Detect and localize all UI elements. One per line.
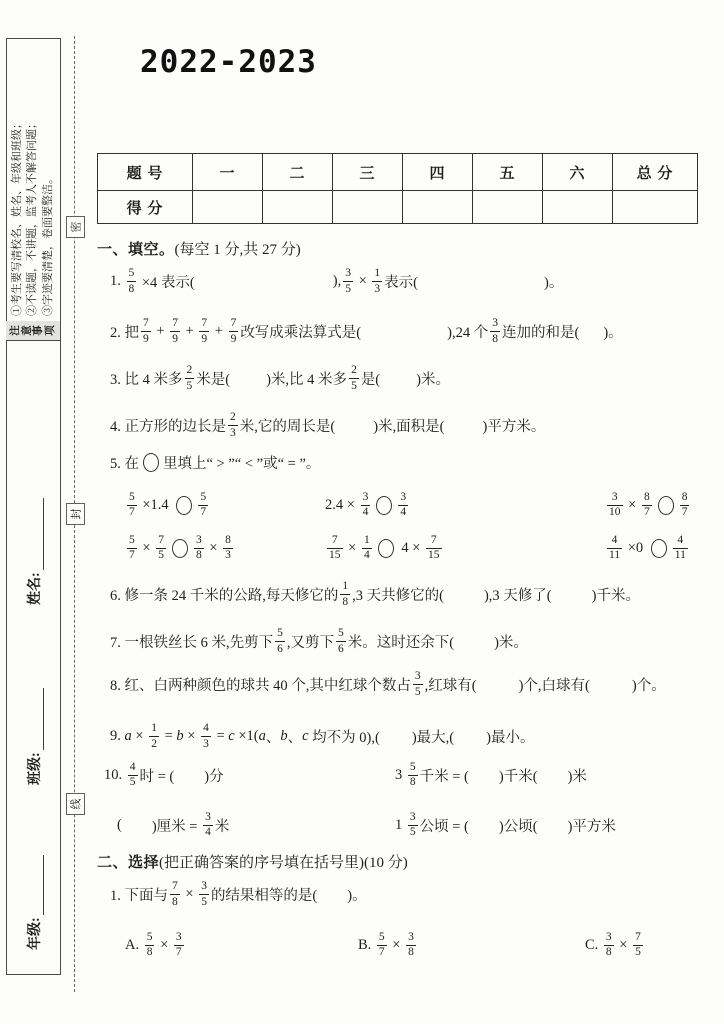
fraction: 411 bbox=[607, 535, 622, 562]
denominator: 8 bbox=[170, 894, 180, 908]
name-field: 姓名: bbox=[24, 498, 44, 605]
fraction: 35 bbox=[199, 881, 209, 908]
choice-options-row: A. 58 × 37 B. 57 × 38 C. 38 × 75 bbox=[97, 928, 712, 962]
text-segment: )千米。 bbox=[592, 584, 640, 605]
denominator: 7 bbox=[642, 505, 652, 519]
fill-question-10-row-1: 10. 45时 = ()分 3 58千米 = ()千米()米 bbox=[104, 758, 719, 792]
fraction: 12 bbox=[149, 723, 159, 750]
numerator: 8 bbox=[223, 535, 233, 548]
fraction: 56 bbox=[275, 628, 285, 655]
text-segment: = bbox=[213, 728, 228, 745]
fraction: 79 bbox=[229, 318, 239, 345]
numerator: 5 bbox=[377, 932, 387, 945]
text-segment: ),24 个 bbox=[447, 321, 488, 342]
denominator: 5 bbox=[413, 684, 423, 698]
notice-box: 注意事项 ①考生要写清校名、姓名、年级和班级； ②不读题，不讲题，监考人不解答问… bbox=[6, 39, 60, 341]
fraction: 23 bbox=[228, 412, 238, 439]
fraction: 25 bbox=[185, 365, 195, 392]
score-table-header-cell: 三 bbox=[333, 154, 403, 191]
numerator: 8 bbox=[680, 492, 690, 505]
numerator: 8 bbox=[642, 492, 652, 505]
numerator: 5 bbox=[145, 932, 155, 945]
grade-label: 年级: bbox=[24, 917, 44, 950]
fraction: 87 bbox=[680, 492, 690, 519]
notice-title: 注意事项 bbox=[6, 321, 60, 340]
numerator: 5 bbox=[127, 268, 137, 281]
answer-blank bbox=[454, 641, 494, 642]
text-segment: 千米 = ( bbox=[420, 765, 469, 786]
score-table-header-cell: 四 bbox=[403, 154, 473, 191]
seal-char-mi: 密 bbox=[66, 216, 85, 238]
grade-field: 年级: bbox=[24, 855, 44, 950]
fraction: 411 bbox=[673, 535, 688, 562]
text-segment: ×1.4 bbox=[139, 497, 173, 514]
question-10-cell: 1 35公顷 = ()公顷()平方米 bbox=[395, 808, 616, 842]
denominator: 7 bbox=[127, 548, 137, 562]
fraction: 57 bbox=[127, 492, 137, 519]
text-segment: 、 bbox=[266, 726, 281, 747]
fraction: 37 bbox=[174, 932, 184, 959]
numerator: 3 bbox=[610, 492, 620, 505]
seal-char-feng-text: 封 bbox=[68, 509, 84, 520]
name-label: 姓名: bbox=[24, 572, 44, 605]
text-segment: )米,面积是( bbox=[373, 415, 444, 436]
denominator: 6 bbox=[275, 641, 285, 655]
score-empty-cell bbox=[263, 191, 333, 224]
numerator: 7 bbox=[429, 535, 439, 548]
text-segment: × bbox=[355, 273, 370, 290]
comparison-circle bbox=[658, 496, 674, 515]
denominator: 8 bbox=[490, 331, 500, 345]
denominator: 15 bbox=[426, 548, 442, 562]
answer-blank bbox=[317, 894, 347, 895]
comparison-circle bbox=[176, 496, 192, 515]
text-segment: )。 bbox=[603, 321, 622, 342]
variable: b bbox=[176, 728, 183, 745]
numerator: 7 bbox=[156, 535, 166, 548]
answer-blank bbox=[335, 425, 373, 426]
text-segment: 公顷 = ( bbox=[420, 815, 469, 836]
question-10-cell: 10. 45时 = ()分 bbox=[104, 758, 224, 792]
notice-line-3: ③字迹要清楚，卷面要整洁。 bbox=[41, 39, 57, 316]
numerator: 7 bbox=[141, 318, 151, 331]
denominator: 7 bbox=[174, 945, 184, 959]
denominator: 7 bbox=[680, 505, 690, 519]
fraction: 715 bbox=[426, 535, 442, 562]
text-segment: 的结果相等的是( bbox=[211, 884, 317, 905]
answer-blank bbox=[361, 331, 447, 332]
text-segment: )米,比 4 米多 bbox=[266, 368, 347, 389]
denominator: 2 bbox=[149, 736, 159, 750]
fraction: 310 bbox=[607, 492, 623, 519]
denominator: 9 bbox=[170, 331, 180, 345]
fraction: 34 bbox=[398, 492, 408, 519]
fill-question-5: 5. 在里填上“ > ”“ < ”或“ = ”。 bbox=[110, 452, 320, 473]
numerator: 3 bbox=[174, 932, 184, 945]
denominator: 4 bbox=[361, 505, 371, 519]
denominator: 11 bbox=[607, 548, 622, 562]
text-segment: )个,白球有( bbox=[519, 674, 590, 695]
score-table-score-row: 得 分 bbox=[98, 191, 698, 224]
text-segment: )千米( bbox=[499, 765, 538, 786]
fraction: 78 bbox=[170, 881, 180, 908]
denominator: 3 bbox=[201, 736, 211, 750]
answer-blank bbox=[538, 825, 568, 826]
fraction: 715 bbox=[327, 535, 343, 562]
answer-blank bbox=[477, 684, 519, 685]
notice-line-1: ①考生要写清校名、姓名、年级和班级； bbox=[10, 39, 26, 316]
answer-blank bbox=[380, 378, 416, 379]
text-segment: )平方米。 bbox=[483, 415, 546, 436]
numerator: 3 bbox=[604, 932, 614, 945]
text-segment: )米。 bbox=[416, 368, 450, 389]
grade-blank-line bbox=[30, 855, 44, 915]
comparison-cell: 57 ×1.4 57 bbox=[125, 488, 210, 522]
page-title: 2022-2023 bbox=[140, 44, 317, 80]
denominator: 5 bbox=[343, 281, 353, 295]
fraction: 58 bbox=[145, 932, 155, 959]
numerator: 7 bbox=[330, 535, 340, 548]
numerator: 3 bbox=[413, 671, 423, 684]
fraction: 38 bbox=[194, 535, 204, 562]
section2-title: 二、选择 bbox=[97, 855, 159, 871]
denominator: 9 bbox=[229, 331, 239, 345]
denominator: 7 bbox=[377, 945, 387, 959]
text-segment: + bbox=[153, 323, 168, 340]
text-segment: )厘米 = bbox=[152, 815, 201, 836]
score-table-header-cell: 一 bbox=[193, 154, 263, 191]
numerator: 5 bbox=[336, 628, 346, 641]
student-info-rotated-content: 年级: 班级: 姓名: 注意事项 ①考生要写清校名、姓名、年级和班级； ②不读题… bbox=[6, 38, 61, 975]
text-segment: 1 bbox=[395, 817, 406, 834]
numerator: 3 bbox=[203, 812, 213, 825]
score-empty-cell bbox=[333, 191, 403, 224]
text-segment: 时 = ( bbox=[140, 765, 175, 786]
answer-blank bbox=[469, 825, 499, 826]
fraction: 35 bbox=[343, 268, 353, 295]
text-segment: ×1( bbox=[235, 728, 259, 745]
fraction: 43 bbox=[201, 723, 211, 750]
answer-blank bbox=[174, 775, 204, 776]
text-segment: 改写成乘法算式是( bbox=[240, 321, 361, 342]
numerator: 2 bbox=[228, 412, 238, 425]
text-segment: 1. bbox=[110, 273, 125, 290]
text-segment: 表示( bbox=[384, 271, 418, 292]
denominator: 5 bbox=[633, 945, 643, 959]
text-segment: × bbox=[156, 937, 171, 954]
answer-blank bbox=[469, 775, 499, 776]
answer-blank bbox=[444, 594, 484, 595]
text-segment: )个。 bbox=[632, 674, 666, 695]
fill-question-8: 8. 红、白两种颜色的球共 40 个,其中红球个数占35,红球有()个,白球有(… bbox=[110, 671, 666, 698]
text-segment: ,3 天共修它的( bbox=[352, 584, 444, 605]
answer-blank bbox=[418, 281, 544, 282]
fraction: 79 bbox=[141, 318, 151, 345]
text-segment: 米 bbox=[215, 815, 230, 836]
text-segment: )最小。 bbox=[486, 726, 534, 747]
comparison-cell: 2.4 × 3434 bbox=[325, 488, 410, 522]
score-empty-cell bbox=[543, 191, 613, 224]
text-segment: 3. 比 4 米多 bbox=[110, 368, 183, 389]
question-10-cell: 3 58千米 = ()千米()米 bbox=[395, 758, 587, 792]
numerator: 5 bbox=[127, 492, 137, 505]
denominator: 5 bbox=[408, 825, 418, 839]
fraction: 58 bbox=[127, 268, 137, 295]
numerator: 1 bbox=[340, 581, 350, 594]
text-segment: )。 bbox=[544, 271, 563, 292]
text-segment: )公顷( bbox=[499, 815, 538, 836]
numerator: 7 bbox=[633, 932, 643, 945]
fill-question-7: 7. 一根铁丝长 6 米,先剪下56,又剪下56米。这时还余下()米。 bbox=[110, 628, 528, 655]
fill-question-2: 2. 把79 + 79 + 79 + 79改写成乘法算式是(),24 个38连加… bbox=[110, 318, 623, 345]
section1-note: (每空 1 分,共 27 分) bbox=[175, 242, 301, 258]
text-segment: 里填上“ > ”“ < ”或“ = ”。 bbox=[163, 452, 320, 473]
text-segment: )米。 bbox=[494, 631, 528, 652]
fraction: 83 bbox=[223, 535, 233, 562]
text-segment: × bbox=[345, 540, 360, 557]
comparison-circle bbox=[376, 496, 392, 515]
score-empty-cell bbox=[473, 191, 543, 224]
text-segment: 8. 红、白两种颜色的球共 40 个,其中红球个数占 bbox=[110, 674, 411, 695]
numerator: 7 bbox=[170, 881, 180, 894]
denominator: 8 bbox=[194, 548, 204, 562]
denominator: 8 bbox=[145, 945, 155, 959]
text-segment: )米 bbox=[568, 765, 587, 786]
text-segment: 1. 下面与 bbox=[110, 884, 168, 905]
choice-option-c: C. 38 × 75 bbox=[585, 928, 645, 962]
numerator: 3 bbox=[398, 492, 408, 505]
fraction: 57 bbox=[198, 492, 208, 519]
denominator: 8 bbox=[408, 775, 418, 789]
denominator: 3 bbox=[372, 281, 382, 295]
text-segment: A. bbox=[125, 937, 143, 954]
text-segment: 4 × bbox=[398, 540, 424, 557]
fill-question-9: 9. a × 12 = b × 43 = c ×1(a、b、c 均不为 0),(… bbox=[110, 723, 534, 750]
text-segment: × bbox=[625, 497, 640, 514]
text-segment: 均不为 0),( bbox=[309, 726, 380, 747]
answer-blank bbox=[195, 281, 333, 282]
numerator: 5 bbox=[408, 762, 418, 775]
comparison-row-1: 57 ×1.4 57 2.4 × 3434 310 × 8787 bbox=[97, 488, 712, 522]
fraction: 35 bbox=[408, 812, 418, 839]
comparison-circle bbox=[651, 539, 667, 558]
class-label: 班级: bbox=[24, 752, 44, 785]
answer-blank bbox=[122, 825, 152, 826]
fill-question-1: 1. 58 ×4 表示(),35 × 13表示()。 bbox=[110, 268, 563, 295]
answer-blank bbox=[445, 425, 483, 426]
text-segment: )。 bbox=[347, 884, 366, 905]
numerator: 3 bbox=[361, 492, 371, 505]
denominator: 5 bbox=[185, 378, 195, 392]
comparison-circle bbox=[378, 539, 394, 558]
text-segment: 6. 修一条 24 千米的公路,每天修它的 bbox=[110, 584, 338, 605]
numerator: 4 bbox=[675, 535, 685, 548]
text-segment: 米。这时还余下( bbox=[348, 631, 454, 652]
comparison-cell: 310 × 8787 bbox=[605, 488, 691, 522]
text-segment: 2. 把 bbox=[110, 321, 139, 342]
answer-blank bbox=[454, 736, 486, 737]
score-table-header-cell: 总 分 bbox=[613, 154, 698, 191]
text-segment: 7. 一根铁丝长 6 米,先剪下 bbox=[110, 631, 273, 652]
class-field: 班级: bbox=[24, 688, 44, 785]
section2-heading: 二、选择(把正确答案的序号填在括号里)(10 分) bbox=[97, 851, 408, 872]
score-table-header-cell: 二 bbox=[263, 154, 333, 191]
text-segment: 9. bbox=[110, 728, 125, 745]
numerator: 5 bbox=[275, 628, 285, 641]
fraction: 18 bbox=[340, 581, 350, 608]
fraction: 58 bbox=[408, 762, 418, 789]
score-table-header-row: 题 号 一 二 三 四 五 六 总 分 bbox=[98, 154, 698, 191]
fraction: 75 bbox=[156, 535, 166, 562]
numerator: 3 bbox=[199, 881, 209, 894]
score-table-header-cell: 题 号 bbox=[98, 154, 193, 191]
denominator: 5 bbox=[128, 775, 138, 789]
fill-question-6: 6. 修一条 24 千米的公路,每天修它的18,3 天共修它的(),3 天修了(… bbox=[110, 581, 640, 608]
text-segment: × bbox=[616, 937, 631, 954]
numerator: 1 bbox=[149, 723, 159, 736]
text-segment: 、 bbox=[288, 726, 303, 747]
score-table-header-cell: 五 bbox=[473, 154, 543, 191]
numerator: 1 bbox=[372, 268, 382, 281]
answer-blank bbox=[538, 775, 568, 776]
fraction: 57 bbox=[127, 535, 137, 562]
text-segment: ×0 bbox=[624, 540, 647, 557]
denominator: 4 bbox=[203, 825, 213, 839]
variable: b bbox=[280, 728, 287, 745]
score-table: 题 号 一 二 三 四 五 六 总 分 得 分 bbox=[97, 153, 698, 224]
name-blank-line bbox=[30, 498, 44, 570]
notice-lines: ①考生要写清校名、姓名、年级和班级； ②不读题，不讲题，监考人不解答问题； ③字… bbox=[6, 39, 60, 321]
denominator: 5 bbox=[199, 894, 209, 908]
fraction: 57 bbox=[377, 932, 387, 959]
exam-paper: 年级: 班级: 姓名: 注意事项 ①考生要写清校名、姓名、年级和班级； ②不读题… bbox=[0, 0, 724, 1024]
score-empty-cell bbox=[193, 191, 263, 224]
variable: a bbox=[125, 728, 132, 745]
section2-note: (把正确答案的序号填在括号里)(10 分) bbox=[159, 855, 408, 871]
text-segment: ),3 天修了( bbox=[484, 584, 552, 605]
seal-char-xian-text: 线 bbox=[68, 799, 84, 810]
numerator: 3 bbox=[194, 535, 204, 548]
comparison-cell: 57 × 7538 × 83 bbox=[125, 531, 235, 565]
text-segment: × bbox=[132, 728, 147, 745]
notice-line-2: ②不读题，不讲题，监考人不解答问题； bbox=[25, 39, 41, 316]
text-segment: 连加的和是( bbox=[502, 321, 579, 342]
comparison-circle bbox=[172, 539, 188, 558]
fraction: 14 bbox=[362, 535, 372, 562]
denominator: 8 bbox=[406, 945, 416, 959]
denominator: 6 bbox=[336, 641, 346, 655]
fraction: 75 bbox=[633, 932, 643, 959]
comparison-cell: 715 × 14 4 × 715 bbox=[325, 531, 444, 565]
fraction: 35 bbox=[413, 671, 423, 698]
score-empty-cell bbox=[613, 191, 698, 224]
choice-option-a: A. 58 × 37 bbox=[125, 928, 186, 962]
denominator: 8 bbox=[604, 945, 614, 959]
numerator: 5 bbox=[198, 492, 208, 505]
fraction: 38 bbox=[406, 932, 416, 959]
score-row-label: 得 分 bbox=[98, 191, 193, 224]
text-segment: × bbox=[139, 540, 154, 557]
denominator: 10 bbox=[607, 505, 623, 519]
numerator: 2 bbox=[349, 365, 359, 378]
numerator: 3 bbox=[490, 318, 500, 331]
answer-blank bbox=[579, 331, 603, 332]
numerator: 3 bbox=[343, 268, 353, 281]
denominator: 7 bbox=[127, 505, 137, 519]
denominator: 5 bbox=[349, 378, 359, 392]
fraction: 38 bbox=[490, 318, 500, 345]
answer-blank bbox=[380, 736, 412, 737]
fraction: 38 bbox=[604, 932, 614, 959]
section1-title: 一、填空。 bbox=[97, 242, 175, 258]
text-segment: 2.4 × bbox=[325, 497, 359, 514]
text-segment: 10. bbox=[104, 767, 126, 784]
numerator: 5 bbox=[127, 535, 137, 548]
denominator: 9 bbox=[141, 331, 151, 345]
choice-option-b: B. 57 × 38 bbox=[358, 928, 418, 962]
text-segment: 3 bbox=[395, 767, 406, 784]
text-segment: )平方米 bbox=[568, 815, 616, 836]
numerator: 4 bbox=[610, 535, 620, 548]
fraction: 45 bbox=[128, 762, 138, 789]
text-segment: ×4 表示( bbox=[138, 271, 195, 292]
fraction: 25 bbox=[349, 365, 359, 392]
denominator: 11 bbox=[673, 548, 688, 562]
denominator: 8 bbox=[127, 281, 137, 295]
text-segment: ), bbox=[333, 273, 341, 290]
fraction: 56 bbox=[336, 628, 346, 655]
seal-char-feng: 封 bbox=[66, 503, 85, 525]
fill-question-10-row-2: ()厘米 = 34米 1 35公顷 = ()公顷()平方米 bbox=[104, 808, 719, 842]
denominator: 7 bbox=[198, 505, 208, 519]
fraction: 87 bbox=[642, 492, 652, 519]
choice-question-1: 1. 下面与78 × 35的结果相等的是()。 bbox=[110, 881, 367, 908]
text-segment: 4. 正方形的边长是 bbox=[110, 415, 226, 436]
denominator: 3 bbox=[223, 548, 233, 562]
comparison-cell: 411 ×0 411 bbox=[605, 531, 690, 565]
text-segment: 是( bbox=[361, 368, 380, 389]
denominator: 8 bbox=[340, 594, 350, 608]
text-segment: B. bbox=[358, 937, 375, 954]
section1-heading: 一、填空。(每空 1 分,共 27 分) bbox=[97, 238, 301, 259]
variable: a bbox=[259, 728, 266, 745]
score-table-header-cell: 六 bbox=[543, 154, 613, 191]
fill-question-4: 4. 正方形的边长是23米,它的周长是()米,面积是()平方米。 bbox=[110, 412, 545, 439]
fraction: 13 bbox=[372, 268, 382, 295]
numerator: 3 bbox=[408, 812, 418, 825]
text-segment: )最大,( bbox=[412, 726, 454, 747]
numerator: 7 bbox=[229, 318, 239, 331]
numerator: 7 bbox=[199, 318, 209, 331]
denominator: 3 bbox=[228, 425, 238, 439]
text-segment: 米,它的周长是( bbox=[240, 415, 335, 436]
denominator: 15 bbox=[327, 548, 343, 562]
numerator: 3 bbox=[406, 932, 416, 945]
denominator: 4 bbox=[362, 548, 372, 562]
score-empty-cell bbox=[403, 191, 473, 224]
fraction: 79 bbox=[199, 318, 209, 345]
numerator: 4 bbox=[201, 723, 211, 736]
text-segment: C. bbox=[585, 937, 602, 954]
fill-question-3: 3. 比 4 米多25米是()米,比 4 米多25是()米。 bbox=[110, 365, 450, 392]
answer-blank bbox=[590, 684, 632, 685]
question-10-cell: ()厘米 = 34米 bbox=[117, 808, 229, 842]
numerator: 7 bbox=[170, 318, 180, 331]
numerator: 1 bbox=[362, 535, 372, 548]
text-segment: ,红球有( bbox=[425, 674, 477, 695]
text-segment: 5. 在 bbox=[110, 452, 139, 473]
text-segment: × bbox=[206, 540, 221, 557]
